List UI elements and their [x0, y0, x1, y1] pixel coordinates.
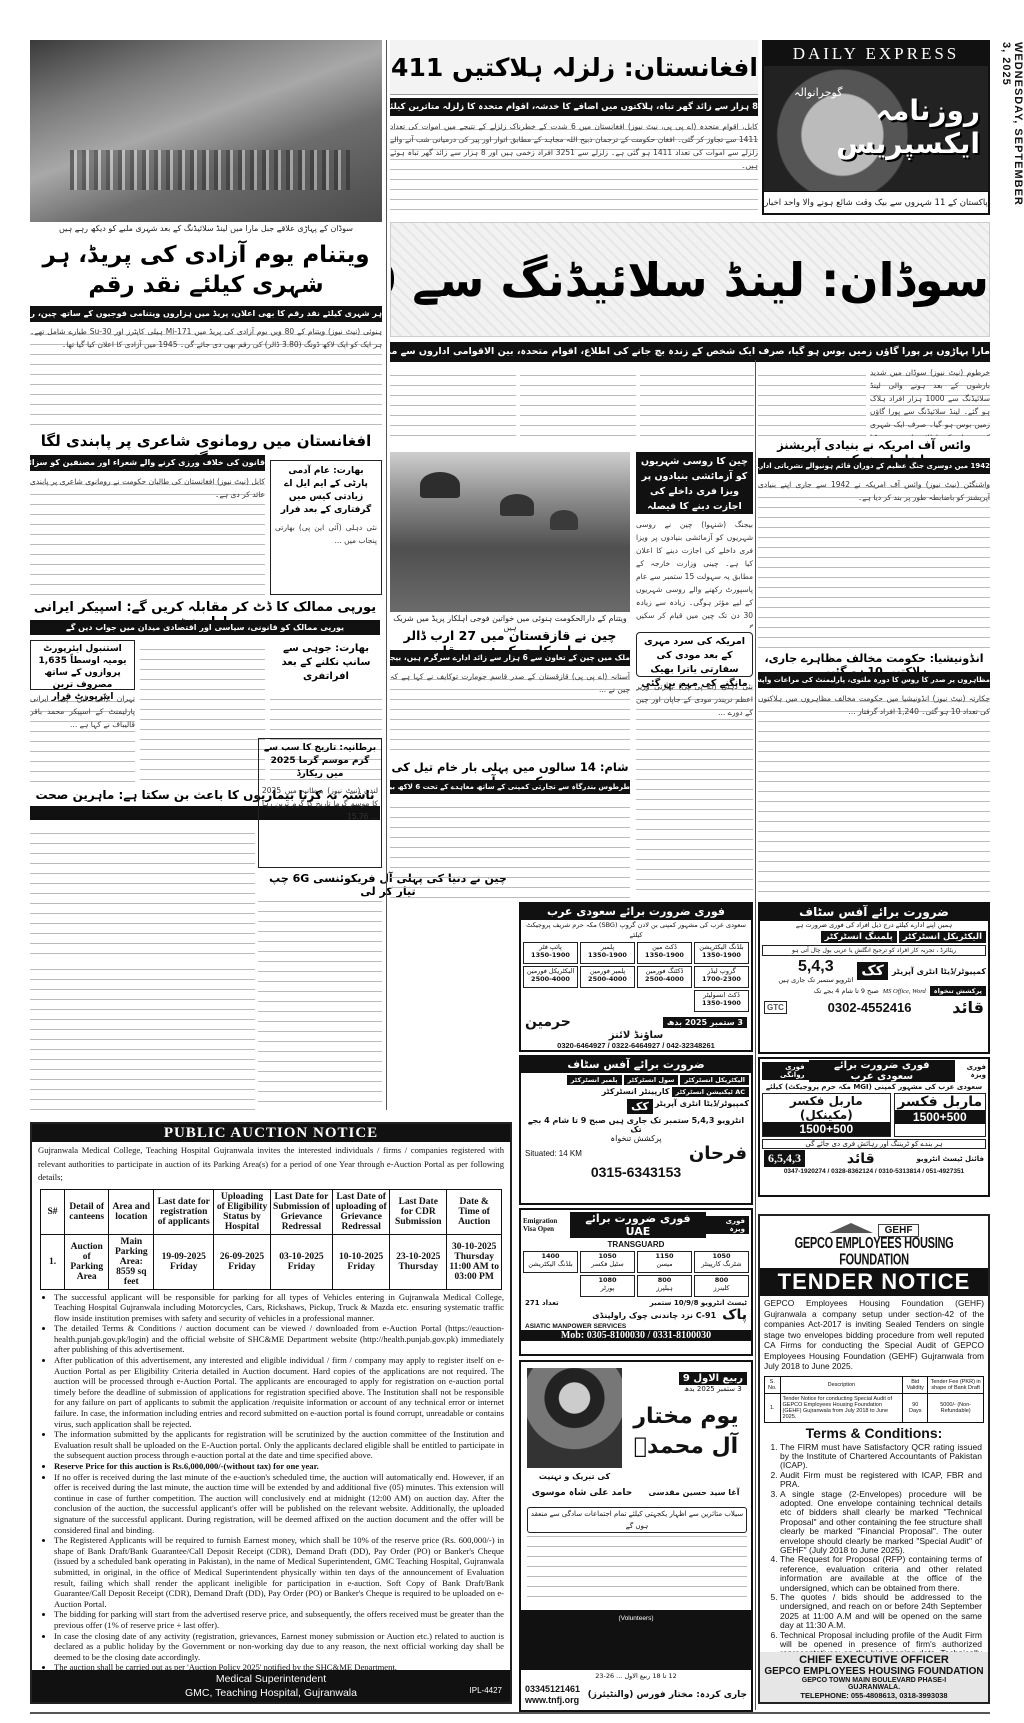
masthead-brand-ur: روزنامہ ایکسپریس: [764, 94, 980, 160]
tender-foundation: GEPCO EMPLOYEES HOUSING FOUNDATION: [760, 1666, 988, 1677]
job-card: ڈکٹ انسولیٹر1350-1900: [694, 990, 749, 1012]
col-header: Date & Time of Auction: [447, 1189, 502, 1234]
job-salary: 800: [715, 1276, 729, 1284]
column-divider: [755, 360, 756, 1710]
sudan-landslide-body-4: [520, 366, 636, 436]
iran-body: تہران (آئی این پی) ایرانی پارلیمنٹ کے اس…: [30, 692, 135, 782]
job-salary: 1050: [712, 1252, 730, 1260]
china-russia-body: بیجنگ (شنہوا) چین نے روسی شہریوں کو آزما…: [636, 518, 753, 628]
job-title: ڈکٹنگ فورمین: [638, 967, 691, 975]
tender-term: Audit Firm must be registered with ICAP,…: [780, 1471, 982, 1490]
col-header: S#: [41, 1189, 65, 1234]
col-header: Last Date of uploading of Grievance Redr…: [333, 1189, 390, 1234]
job-salary: 1500+500: [763, 1122, 890, 1136]
job-title: بلڈنگ الیکٹریشن: [524, 1260, 577, 1268]
tender-phone: TELEPHONE: 055-4808613, 0318-3993038: [760, 1691, 988, 1700]
job-salary: 1400: [541, 1252, 559, 1260]
mukhtar-web: www.tnfj.org: [525, 1695, 580, 1706]
sudan-landslide-body-2: [758, 366, 866, 436]
job-title: سٹیل فکسر: [581, 1260, 634, 1268]
landslide-photo-caption: سوڈان کے پہاڑی علاقے جبل مارا میں لینڈ س…: [30, 224, 382, 233]
job-card: 800کلینرز: [694, 1275, 749, 1297]
job-card: 1400بلڈنگ الیکٹریشن: [523, 1251, 578, 1273]
uk-body: لندن (نیٹ نیوز) برطانیہ میں 2025 کا موسم…: [262, 784, 378, 823]
ad-marble-final: فائنل ٹیسٹ انٹرویو: [917, 1155, 984, 1163]
syria-subhead: طرطوس بندرگاہ سے تجارتی کمپنی کے ساتھ مع…: [390, 780, 630, 794]
indonesia-subhead: مظاہروں پر صدر کا روس کا دورہ ملتوی، پار…: [758, 672, 990, 688]
tender-footer: CHIEF EXECUTIVE OFFICER GEPCO EMPLOYEES …: [760, 1652, 988, 1702]
job-title: پورٹر: [581, 1284, 634, 1292]
left-bottom-body: [30, 960, 255, 1110]
job-label: کمپیوٹر/ڈیٹا انٹری آپریٹر: [655, 1099, 749, 1114]
auction-ref: IPL-4427: [470, 1684, 502, 1698]
job-salary: 1500+500: [895, 1110, 985, 1124]
job-card: ڈکٹ مین1350-1900: [637, 942, 692, 964]
job-label: پلمبنگ انسٹرکٹر: [821, 931, 897, 943]
india-story-box: بھارت: عام آدمی پارٹی کے ایم ایل اے زیاد…: [270, 460, 382, 595]
auction-term: After publication of this advertisement,…: [54, 1355, 504, 1429]
auction-table-wrap: S# Detail of canteens Area and location …: [32, 1187, 510, 1292]
ad-office-staff-farhan: ضرورت برائے آفس سٹاف الیکٹریکل انسٹرکٹر …: [519, 1055, 753, 1205]
mukhtar-dates-line: 12 تا 18 ربیع الاول ... 26-23: [525, 1672, 747, 1680]
kazakh-body: آستانہ (اے پی پی) قازقستان کے صدر قاسم ج…: [390, 670, 630, 755]
ad-uae-test-dates: ٹیسٹ انٹرویو 10/9/8 ستمبر: [650, 1299, 747, 1307]
auction-institution: GMC, Teaching Hospital, Gujranwala: [32, 1686, 510, 1700]
afghan-quake-subhead: 8 ہزار سے زائد گھر تباہ، ہلاکتوں میں اضا…: [390, 98, 758, 116]
tender-table: S. No. Description Bid Validity Tender F…: [764, 1376, 984, 1423]
job-salary: 1700-2300: [702, 975, 741, 983]
page-bottom-rule: [30, 1712, 990, 1714]
job-salary: 1050: [598, 1252, 616, 1260]
syria-body: [390, 798, 630, 898]
job-title: شٹرنگ کارپینٹر: [695, 1260, 748, 1268]
ad-quaid-salary: پرکشش تنخواہ: [930, 986, 986, 996]
masthead: DAILY EXPRESS روزنامہ ایکسپریس گوجرانوال…: [762, 40, 990, 215]
ad-marble-visa: فوری ویزہ: [955, 1063, 986, 1079]
afghan-quake-headline: افغانستان: زلزلہ ہلاکتیں 1411 سے تجاوز، …: [390, 40, 758, 95]
mukhtar-phone: 03345121461: [525, 1684, 580, 1695]
ad-saudi-harmain-title: فوری ضرورت برائے سعودی عرب: [521, 904, 751, 920]
tender-term: The Request for Proposal (RFP) containin…: [780, 1555, 982, 1593]
column-divider: [386, 40, 387, 1110]
tender-address: GEPCO TOWN MAIN BOULEVARD PHASE-I: [760, 1677, 988, 1684]
ad-quaid-center: قائد: [952, 998, 984, 1017]
job-salary: 1150: [655, 1252, 673, 1260]
cell: 90 Days: [903, 1393, 928, 1422]
job-card: پائپ فٹر1350-1900: [523, 942, 578, 964]
ad-uae-count: تعداد 271: [525, 1299, 559, 1307]
china-russia-headline: چین کا روسی شہریوں کو آزمائشی بنیادوں پر…: [636, 452, 753, 514]
public-auction-notice: PUBLIC AUCTION NOTICE Gujranwala Medical…: [30, 1122, 512, 1704]
col-header: Detail of canteens: [65, 1189, 109, 1234]
auction-term: Reserve Price for this auction is Rs.6,0…: [54, 1461, 504, 1472]
auction-terms-list: The successful applicant will be respons…: [32, 1292, 510, 1673]
job-title: ماربل فکسر (مکینکل): [763, 1094, 890, 1122]
landslide-photo: [30, 40, 382, 222]
india-story-headline: بھارت: عام آدمی پارٹی کے ایم ایل اے زیاد…: [275, 465, 377, 517]
mukhtar-person1: حامد علی شاہ موسوی: [527, 1488, 637, 1498]
ad-uae-company: TRANSGUARD: [521, 1240, 751, 1249]
cell: 26-09-2025 Friday: [214, 1234, 270, 1289]
tender-term: A single stage (2-Envelopes) procedure w…: [780, 1490, 982, 1556]
job-salary: 1350-1900: [645, 951, 684, 959]
auction-term: If no offer is received during the last …: [54, 1472, 504, 1536]
ad-farhan-interview: انٹرویو 5,4,3 ستمبر تک جاری ہیں صبح 9 تا…: [521, 1116, 751, 1134]
vietnam-subhead: ہر شہری کیلئے نقد رقم کا بھی اعلان، پریڈ…: [30, 306, 382, 322]
ad-saudi-harmain-center: حرمین: [525, 1014, 571, 1030]
ad-uae-badge: Emigration Visa Open: [523, 1217, 570, 1233]
kazakh-subhead: ملک میں چین کے تعاون سے 6 ہزار سے زائد ا…: [390, 650, 630, 666]
col-header: Area and location: [109, 1189, 154, 1234]
job-label: الیکٹریکل انسٹرکٹر: [680, 1075, 749, 1085]
ad-saudi-harmain-agency: ساؤنڈ لائنز: [521, 1030, 751, 1041]
ad-quaid-note: ریٹائرڈ ، تجربہ کار افراد کو ترجیح انگلش…: [762, 945, 986, 956]
job-label: پلمبر انسٹرکٹر: [567, 1075, 622, 1085]
job-card: ڈکٹنگ فورمین2500-4000: [637, 966, 692, 988]
ad-quaid-interview: انٹرویو ستمبر تک جاری ہیں: [778, 976, 853, 984]
ad-uae-agency: ASIATIC MANPOWER SERVICES: [521, 1323, 751, 1330]
auction-table: S# Detail of canteens Area and location …: [40, 1189, 502, 1290]
ad-quaid-time: صبح 9 تا شام 4 بجے تک: [814, 987, 879, 995]
ad-farhan-title: ضرورت برائے آفس سٹاف: [521, 1057, 751, 1073]
job-card: 1050شٹرنگ کارپینٹر: [694, 1251, 749, 1273]
modi-body: نئی دہلی (اے پی پی) بھارتی وزیر اعظم نری…: [636, 680, 753, 895]
ad-farhan-center: فرحان: [689, 1143, 747, 1164]
ad-saudi-harmain: فوری ضرورت برائے سعودی عرب سعودی عرب کی …: [519, 902, 753, 1052]
masthead-city-ur: گوجرانوالہ: [794, 86, 842, 99]
table-row: 1. Auction of Parking Area Main Parking …: [41, 1234, 502, 1289]
job-card: پلمبر فورمین2500-4000: [580, 966, 635, 988]
ad-saudi-harmain-jobs: بلڈنگ الیکٹریشن1350-1900 ڈکٹ مین1350-190…: [521, 940, 751, 1014]
job-title: پائپ فٹر: [524, 943, 577, 951]
cell: 23-10-2025 Thursday: [390, 1234, 447, 1289]
job-label: کک: [627, 1099, 653, 1114]
modi-headline: امریکہ کی سرد مہری کے بعد مودی کی سفارتی…: [636, 632, 753, 677]
indonesia-body: جکارتہ (نیٹ نیوز) انڈونیشیا میں حکومت مخ…: [758, 692, 990, 892]
ad-marble-sub: سعودی عرب کی مشہور کمپنی (MGI مکہ حرم پر…: [760, 1083, 988, 1091]
col-header: Last Date for CDR Submission: [390, 1189, 447, 1234]
job-salary: 2500-4000: [588, 975, 627, 983]
job-card: 1080پورٹر: [580, 1275, 635, 1297]
auction-intro: Gujranwala Medical College, Teaching Hos…: [32, 1142, 510, 1187]
job-title: گروپ لیڈر: [695, 967, 748, 975]
job-card: ماربل فکسر 1500+500: [894, 1093, 986, 1137]
cell: 03-10-2025 Friday: [270, 1234, 332, 1289]
auction-term: The successful applicant will be respons…: [54, 1292, 504, 1324]
tender-org: GEPCO EMPLOYEES HOUSING FOUNDATION: [760, 1235, 988, 1269]
sudan-landslide-body-5: [390, 366, 516, 436]
ad-quaid-sub: ہمیں اپنے ادارے کیلئے درج ذیل افراد کی ف…: [760, 921, 988, 929]
job-label: کک: [857, 962, 887, 980]
mukhtar-title: یوم مختار آل محمدؐ: [626, 1402, 746, 1462]
ad-marble-center: قائد: [847, 1151, 875, 1167]
cell: Tender Notice for conducting Special Aud…: [780, 1393, 903, 1422]
job-title: ڈکٹ انسولیٹر: [695, 991, 748, 999]
job-salary: 800: [658, 1276, 672, 1284]
voa-body: واشنگٹن (نیٹ نیوز) وائس آف امریکہ نے 194…: [758, 478, 990, 648]
col-header: Description: [780, 1376, 903, 1393]
ad-quaid-phone: 0302-4552416: [828, 1000, 912, 1015]
job-title: کلینرز: [695, 1284, 748, 1292]
cell: Auction of Parking Area: [65, 1234, 109, 1289]
job-card: ماربل فکسر (مکینکل) 1500+500: [762, 1093, 891, 1137]
ad-office-staff-quaid: ضرورت برائے آفس سٹاف ہمیں اپنے ادارے کیل…: [758, 902, 990, 1054]
cell: 10-10-2025 Friday: [333, 1234, 390, 1289]
cell: 19-09-2025 Friday: [154, 1234, 214, 1289]
mukhtar-greeting: کی تبریک و تہنیت: [527, 1472, 622, 1481]
col-header: Last date for registration of applicants: [154, 1189, 214, 1234]
auction-term: The bidding for parking will start from …: [54, 1609, 504, 1630]
table-row: 1. Tender Notice for conducting Special …: [765, 1393, 984, 1422]
edition-date: WEDNESDAY, SEPTEMBER 3, 2025: [1000, 42, 1024, 217]
auction-title: PUBLIC AUCTION NOTICE: [32, 1124, 510, 1142]
tender-title: TENDER NOTICE: [760, 1268, 988, 1296]
ad-uae-title: فوری ضرورت برائے UAE: [570, 1212, 707, 1238]
auction-term: The Registered Applicants will be requir…: [54, 1535, 504, 1609]
job-title: پلمبر: [581, 943, 634, 951]
ad-saudi-harmain-date: 3 ستمبر 2025 بدھ: [663, 1017, 747, 1028]
tender-term: The FIRM must have Satisfactory QCR rati…: [780, 1443, 982, 1471]
sudan-landslide-headline: سوڈان: لینڈ سلائیڈنگ سے 1000 افراد ہلاک: [390, 222, 990, 337]
auction-signatory: Medical Superintendent: [32, 1672, 510, 1686]
cell: 5000/- (Non-Refundable): [928, 1393, 984, 1422]
ad-uae-center: پاک: [722, 1307, 747, 1323]
auction-term: The information submitted by the applica…: [54, 1429, 504, 1461]
mukhtar-issuer: جاری کردہ: مختار فورس (والنٹیئرز): [588, 1690, 747, 1700]
ad-youm-mukhtar: 9 ربیع الاول 3 ستمبر 2025 بدھ کی تبریک و…: [519, 1360, 753, 1712]
auction-term: In case the closing date of any activity…: [54, 1631, 504, 1663]
masthead-tagline: پاکستان کے 11 شہروں سے بیک وقت شائع ہونے…: [764, 191, 988, 213]
cell: 1.: [765, 1393, 781, 1422]
col-header: Bid Validity: [903, 1376, 928, 1393]
job-card: بلڈنگ الیکٹریشن1350-1900: [694, 942, 749, 964]
tender-intro: GEPCO Employees Housing Foundation (GEHF…: [760, 1296, 988, 1374]
tender-city: GUJRANWALA.: [760, 1684, 988, 1691]
sudan-landslide-body-3: [640, 366, 754, 436]
ad-uae-address: 91-C نزد چاندنی چوک راولپنڈی: [592, 1311, 716, 1320]
vietnam-parade-photo: [390, 452, 630, 612]
job-card: گروپ لیڈر1700-2300: [694, 966, 749, 988]
vietnam-headline: ویتنام یوم آزادی کی پریڈ، ہر شہری کیلئے …: [30, 240, 382, 300]
uk-story-box: برطانیہ: تاریخ کا سب سے گرم موسم گرما 20…: [258, 738, 382, 868]
job-salary: 1080: [598, 1276, 616, 1284]
ad-farhan-salary: پرکشش تنخواہ: [521, 1134, 751, 1143]
job-label: AC ٹیکنیشن انسٹرکٹر: [672, 1087, 749, 1097]
job-card: پلمبر1350-1900: [580, 942, 635, 964]
ad-marble-title: فوری ضرورت برائے سعودی عرب: [809, 1060, 955, 1082]
ad-saudi-marble: فوری ویزہ فوری ضرورت برائے سعودی عرب فور…: [758, 1057, 990, 1197]
mukhtar-person2: آغا سید حسین مقدسی: [639, 1488, 749, 1497]
job-salary: 1350-1900: [702, 999, 741, 1007]
job-card: 1050سٹیل فکسر: [580, 1251, 635, 1273]
col-header: Uploading of Eligibility Status by Hospi…: [214, 1189, 270, 1234]
tender-signatory: CHIEF EXECUTIVE OFFICER: [760, 1654, 988, 1666]
ad-marble-departure: فوری روانگی: [762, 1062, 809, 1080]
job-title: ماربل فکسر: [895, 1094, 985, 1110]
afghan-quake-body: کابل، اقوام متحدہ (اے پی پی، نیٹ نیوز) ا…: [390, 120, 758, 216]
job-title: بلڈنگ الیکٹریشن: [695, 943, 748, 951]
ad-saudi-harmain-phones: 0320-6464927 / 0322-6464927 / 042-323482…: [521, 1041, 751, 1050]
col-header: Tender Fee (PKR) in shape of Bank Draft: [928, 1376, 984, 1393]
gehf-logo-wrap: GEHF: [760, 1216, 988, 1237]
ad-uae-visa: فوری ویزہ: [706, 1216, 749, 1234]
job-salary: 1350-1900: [588, 951, 627, 959]
india-story-body: نئی دہلی (آئی این پی) بھارتی پنجاب میں .…: [275, 521, 377, 547]
job-salary: 2500-4000: [531, 975, 570, 983]
job-label: کمپیوٹر/ڈیٹا انٹری آپریٹر: [892, 967, 986, 976]
job-card: 1150میسن: [637, 1251, 692, 1273]
job-salary: 1350-1900: [531, 951, 570, 959]
ad-quaid-ms-office: MS Office, Word: [883, 988, 926, 995]
job-card: الیکٹریکل فورمین2500-4000: [523, 966, 578, 988]
6g-chip-body: [258, 892, 382, 1107]
job-label: الیکٹریکل انسٹرکٹر: [899, 931, 986, 943]
sudan-landslide-subhead: مارا پہاڑوں پر پورا گاؤں زمیں بوس ہو گیا…: [390, 342, 990, 362]
ad-farhan-phone: 0315-6343153: [521, 1164, 751, 1180]
afghan-poetry-body: کابل (نیٹ نیوز) افغانستان کی طالبان حکوم…: [30, 475, 265, 595]
portrait-photo: [527, 1368, 622, 1468]
col-header: Last Date for Submission of Grievance Re…: [270, 1189, 332, 1234]
mukhtar-date-top: 9 ربیع الاول: [679, 1372, 747, 1385]
ad-farhan-location: Situated: 14 KM: [525, 1149, 582, 1158]
voa-subhead: 1942 میں دوسری جنگ عظیم کے دوران قائم ہو…: [758, 458, 990, 474]
ad-marble-note: ہر بندے کو ٹریننگ اور رہائش فری دی جائے …: [762, 1139, 986, 1149]
job-label: سول انسٹرکٹر: [624, 1075, 679, 1085]
masthead-brand-en: DAILY EXPRESS: [764, 42, 988, 66]
masthead-logo: روزنامہ ایکسپریس گوجرانوالہ: [764, 66, 988, 191]
ad-uae-transguard: فوری ویزہ فوری ضرورت برائے UAE Emigratio…: [519, 1208, 753, 1356]
job-salary: 2500-4000: [645, 975, 684, 983]
job-title: ڈکٹ مین: [638, 943, 691, 951]
gtc-logo: GTC: [764, 1001, 787, 1014]
ad-quaid-dates: 5,4,3: [778, 958, 853, 976]
tender-terms-title: Terms & Conditions:: [760, 1425, 988, 1441]
job-title: الیکٹریکل فورمین: [524, 967, 577, 975]
auction-term: The detailed Terms & Conditions / auctio…: [54, 1323, 504, 1355]
auction-footer: Medical Superintendent GMC, Teaching Hos…: [32, 1670, 510, 1702]
job-salary: 1350-1900: [702, 951, 741, 959]
cell: 1.: [41, 1234, 65, 1289]
uk-headline: برطانیہ: تاریخ کا سب سے گرم موسم گرما 20…: [262, 742, 378, 781]
ad-marble-phones: 0347-1920274 / 0328-8362124 / 0310-53138…: [760, 1168, 988, 1175]
snake-headline: بھارت: جوہی سے سانپ نکلنے کے بعد افراتفر…: [270, 642, 382, 684]
afghan-poetry-subhead: قانون کی خلاف ورزی کرنے والے شعراء اور م…: [30, 455, 265, 471]
iran-body-2: [140, 640, 265, 782]
ad-marble-dates: 6,5,4,3: [764, 1150, 805, 1167]
ad-uae-mobile: Mob: 0305-8100030 / 0331-8100030: [521, 1330, 751, 1341]
istanbul-airport-box: استنبول ایئرپورٹ یومیہ اوسطاً 1,635 پروا…: [30, 640, 135, 690]
health-body: [30, 824, 255, 954]
tender-notice: GEHF GEPCO EMPLOYEES HOUSING FOUNDATION …: [758, 1214, 990, 1704]
cell: Main Parking Area: 8559 sq feet: [109, 1234, 154, 1289]
job-card: 800ہیلپرز: [637, 1275, 692, 1297]
job-label: کارپینٹر انسٹرکٹر: [602, 1087, 670, 1097]
job-title: پلمبر فورمین: [581, 967, 634, 975]
gehf-logo: [829, 1223, 873, 1233]
mukhtar-date-side: 3 ستمبر 2025 بدھ: [679, 1385, 747, 1393]
job-title: میسن: [638, 1260, 691, 1268]
iran-subhead: یورپی ممالک کو قانونی، سیاسی اور اقتصادی…: [30, 620, 380, 635]
tender-term: The quotes / bids should be addressed to…: [780, 1593, 982, 1631]
vietnam-body: ہنوئی (نیٹ نیوز) ویتنام کے 80 ویں یوم آز…: [30, 325, 382, 425]
mukhtar-body: [527, 1527, 747, 1605]
job-title: ہیلپرز: [638, 1284, 691, 1292]
cell: 30-10-2025 Thursday 11:00 AM to 03:00 PM: [447, 1234, 502, 1289]
col-header: S. No.: [765, 1376, 781, 1393]
mukhtar-black-panel: (Volunteers): [521, 1610, 751, 1670]
sudan-landslide-body-1: خرطوم (نیٹ نیوز) سوڈان میں شدید بارشوں ک…: [870, 366, 990, 436]
ad-saudi-harmain-sub: سعودی عرب کی مشہور کمپنی بن لادن گروپ (S…: [521, 920, 751, 940]
ad-quaid-title: ضرورت برائے آفس سٹاف: [760, 904, 988, 921]
mukhtar-volunteers: (Volunteers): [618, 1615, 653, 1622]
